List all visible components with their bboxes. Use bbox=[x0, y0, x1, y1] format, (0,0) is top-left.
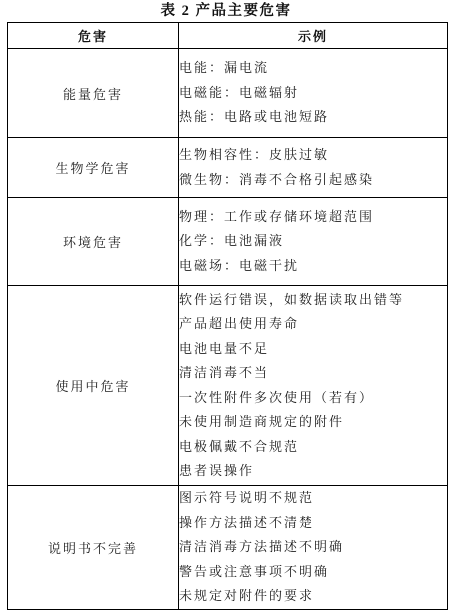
example-line: 热能：电路或电池短路 bbox=[179, 105, 447, 130]
example-line: 物理：工作或存储环境超范围 bbox=[179, 205, 447, 230]
example-line: 化学：电池漏液 bbox=[179, 229, 447, 254]
example-line: 警告或注意事项不明确 bbox=[179, 560, 447, 585]
example-line: 未使用制造商规定的附件 bbox=[179, 410, 447, 435]
table-body: 能量危害 电能：漏电流 电磁能：电磁辐射 热能：电路或电池短路 生物学危害 生物… bbox=[8, 49, 448, 610]
table-header: 危害 示例 bbox=[8, 23, 448, 49]
example-line: 清洁消毒不当 bbox=[179, 361, 447, 386]
example-line: 电池电量不足 bbox=[179, 337, 447, 362]
example-line: 电能：漏电流 bbox=[179, 56, 447, 81]
header-cell-hazard: 危害 bbox=[8, 23, 179, 49]
hazard-examples-cell: 图示符号说明不规范 操作方法描述不清楚 清洁消毒方法描述不明确 警告或注意事项不… bbox=[179, 486, 448, 610]
example-line: 电极佩戴不合规范 bbox=[179, 435, 447, 460]
header-cell-example: 示例 bbox=[179, 23, 448, 49]
example-line: 一次性附件多次使用（若有） bbox=[179, 386, 447, 411]
hazard-table: 危害 示例 能量危害 电能：漏电流 电磁能：电磁辐射 热能：电路或电池短路 生物… bbox=[7, 22, 448, 610]
hazard-name-cell: 能量危害 bbox=[8, 49, 179, 138]
table-caption: 表 2 产品主要危害 bbox=[0, 0, 452, 22]
table-row: 能量危害 电能：漏电流 电磁能：电磁辐射 热能：电路或电池短路 bbox=[8, 49, 448, 138]
example-line: 电磁能：电磁辐射 bbox=[179, 81, 447, 106]
hazard-examples-cell: 电能：漏电流 电磁能：电磁辐射 热能：电路或电池短路 bbox=[179, 49, 448, 138]
hazard-name-cell: 说明书不完善 bbox=[8, 486, 179, 610]
example-line: 生物相容性：皮肤过敏 bbox=[179, 143, 447, 168]
hazard-name-cell: 使用中危害 bbox=[8, 286, 179, 486]
document-page: 表 2 产品主要危害 危害 示例 能量危害 电能：漏电流 电磁能：电磁辐射 热能… bbox=[0, 0, 452, 616]
table-row: 环境危害 物理：工作或存储环境超范围 化学：电池漏液 电磁场：电磁干扰 bbox=[8, 198, 448, 286]
header-row: 危害 示例 bbox=[8, 23, 448, 49]
hazard-name-cell: 生物学危害 bbox=[8, 138, 179, 198]
hazard-examples-cell: 软件运行错误，如数据读取出错等 产品超出使用寿命 电池电量不足 清洁消毒不当 一… bbox=[179, 286, 448, 486]
example-line: 患者误操作 bbox=[179, 459, 447, 484]
example-line: 电磁场：电磁干扰 bbox=[179, 254, 447, 279]
example-line: 清洁消毒方法描述不明确 bbox=[179, 535, 447, 560]
table-row: 使用中危害 软件运行错误，如数据读取出错等 产品超出使用寿命 电池电量不足 清洁… bbox=[8, 286, 448, 486]
example-line: 操作方法描述不清楚 bbox=[179, 511, 447, 536]
example-line: 未规定对附件的要求 bbox=[179, 584, 447, 609]
table-row: 生物学危害 生物相容性：皮肤过敏 微生物：消毒不合格引起感染 bbox=[8, 138, 448, 198]
example-line: 产品超出使用寿命 bbox=[179, 312, 447, 337]
hazard-examples-cell: 生物相容性：皮肤过敏 微生物：消毒不合格引起感染 bbox=[179, 138, 448, 198]
example-line: 微生物：消毒不合格引起感染 bbox=[179, 168, 447, 193]
example-line: 图示符号说明不规范 bbox=[179, 486, 447, 511]
hazard-examples-cell: 物理：工作或存储环境超范围 化学：电池漏液 电磁场：电磁干扰 bbox=[179, 198, 448, 286]
table-row: 说明书不完善 图示符号说明不规范 操作方法描述不清楚 清洁消毒方法描述不明确 警… bbox=[8, 486, 448, 610]
hazard-name-cell: 环境危害 bbox=[8, 198, 179, 286]
example-line: 软件运行错误，如数据读取出错等 bbox=[179, 288, 447, 313]
